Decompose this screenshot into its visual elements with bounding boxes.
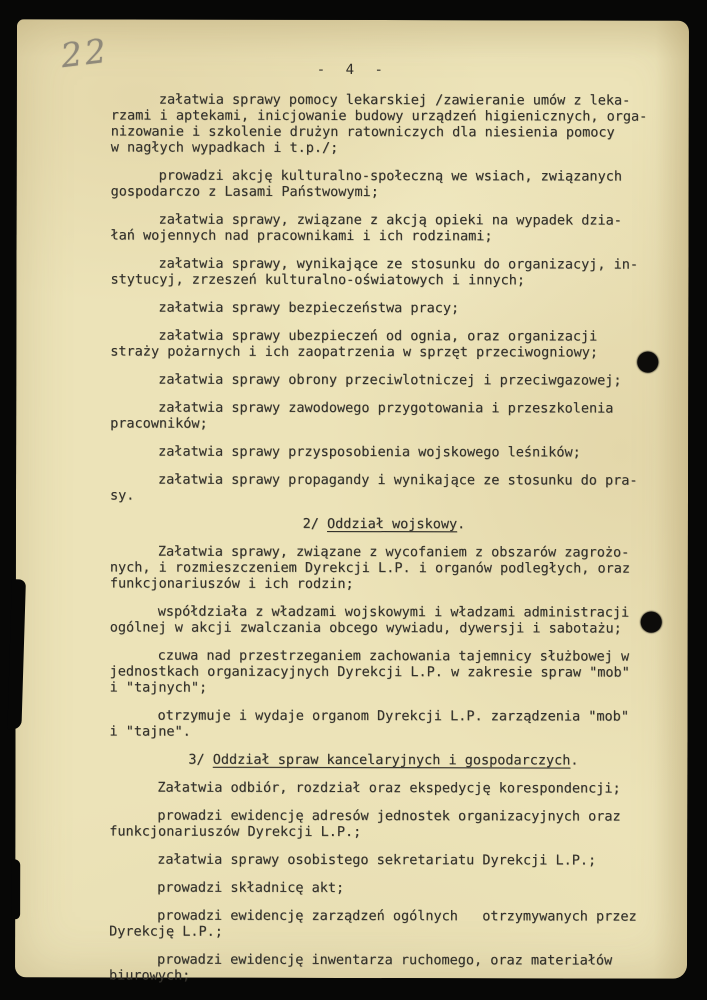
paragraph: współdziała z władzami wojskowymi i wład… (110, 603, 658, 636)
paragraph: prowadzi ewidencję inwentarza ruchomego,… (109, 951, 657, 984)
paragraph: prowadzi akcję kulturalno-społeczną we w… (111, 167, 659, 200)
paragraph: załatwia sprawy osobistego sekretariatu … (109, 851, 657, 868)
paragraph: załatwia sprawy propagandy i wynikające … (110, 471, 658, 504)
section-title: Oddział spraw kancelaryjnych i gospodarc… (213, 752, 571, 769)
section-title: Oddział wojskowy (327, 516, 457, 532)
document-page: 22 - 4 - załatwia sprawy pomocy lekarski… (15, 19, 689, 978)
paragraph: załatwia sprawy, związane z akcją opieki… (111, 211, 659, 244)
page-number: - 4 - (17, 61, 689, 78)
paragraph: Załatwia sprawy, związane z wycofaniem z… (110, 543, 658, 592)
paragraph: Załatwia odbiór, rozdział oraz ekspedycj… (109, 779, 657, 796)
section-number: 3/ (188, 752, 212, 768)
section-number: 2/ (303, 516, 327, 532)
paragraph: otrzymuje i wydaje organom Dyrekcji L.P.… (109, 707, 657, 740)
ink-dot-mark (641, 612, 662, 633)
section-heading-period: . (457, 516, 465, 532)
paragraph: załatwia sprawy obrony przeciwlotniczej … (110, 371, 658, 388)
ink-dot-mark (637, 352, 658, 373)
paragraph: załatwia sprawy zawodowego przygotowania… (110, 399, 658, 432)
paragraph: załatwia sprawy pomocy lekarskiej /zawie… (111, 91, 659, 156)
paragraph: prowadzi ewidencję zarządzeń ogólnych ot… (109, 907, 657, 940)
torn-edge-nick (11, 859, 20, 919)
scan-background: 22 - 4 - załatwia sprawy pomocy lekarski… (0, 0, 707, 1000)
paragraph: prowadzi ewidencję adresów jednostek org… (109, 807, 657, 840)
paragraph: załatwia sprawy ubezpieczeń od ognia, or… (110, 327, 658, 360)
section-heading-military: 2/ Oddział wojskowy. (110, 515, 658, 532)
section-heading-period: . (570, 752, 578, 768)
paragraph: załatwia sprawy przysposobienia wojskowe… (110, 443, 658, 460)
section-heading-chancery: 3/ Oddział spraw kancelaryjnych i gospod… (109, 751, 657, 768)
typewritten-content: załatwia sprawy pomocy lekarskiej /zawie… (15, 77, 689, 984)
paragraph: załatwia sprawy bezpieczeństwa pracy; (110, 299, 658, 316)
handwritten-archive-number: 22 (59, 31, 111, 75)
paragraph: załatwia sprawy, wynikające ze stosunku … (110, 255, 658, 288)
paragraph: czuwa nad przestrzeganiem zachowania taj… (110, 647, 658, 696)
paragraph: prowadzi składnicę akt; (109, 879, 657, 896)
